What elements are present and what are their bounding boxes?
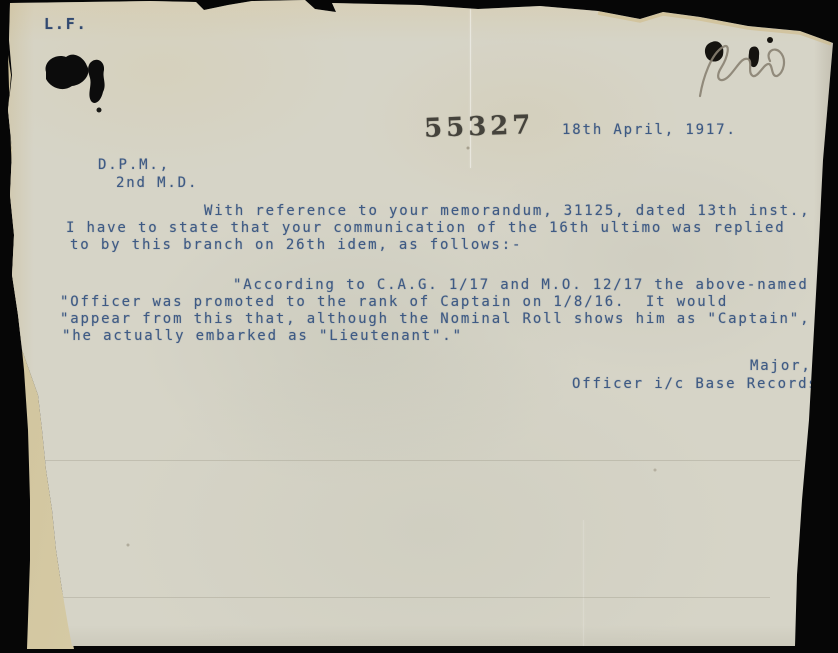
paper-speck <box>467 147 470 150</box>
memo-sheet: L.F. 55327 18th April, 1917. D.P.M., 2nd… <box>0 0 838 653</box>
ink-blot <box>705 41 723 61</box>
ink-blot <box>88 60 104 103</box>
scanned-memo-page: L.F. 55327 18th April, 1917. D.P.M., 2nd… <box>0 0 838 653</box>
ink-speck <box>767 37 773 43</box>
paper-speck <box>654 469 657 472</box>
paper-speck <box>127 544 130 547</box>
ink-blot <box>46 55 89 90</box>
ink-speck <box>97 108 102 113</box>
tear-edge-highlight <box>598 13 831 44</box>
scan-artifacts-layer <box>0 0 838 653</box>
